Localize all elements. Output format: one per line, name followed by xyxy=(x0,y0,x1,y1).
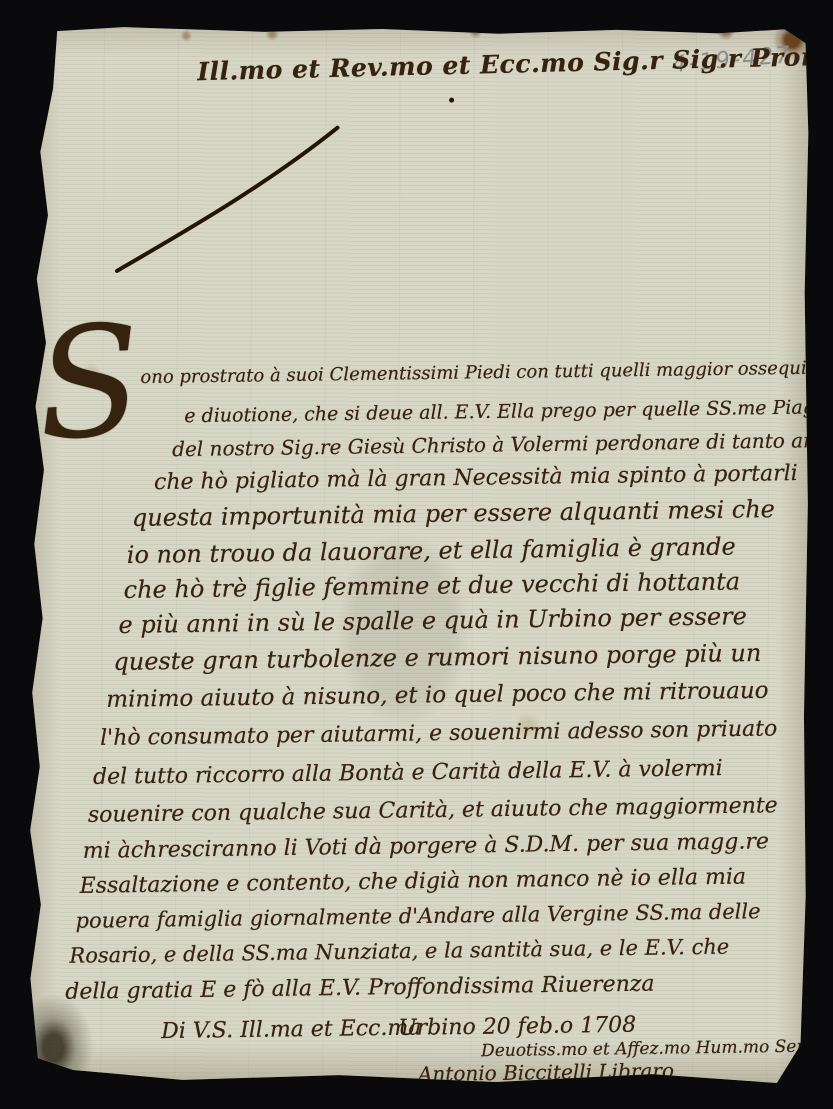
body-line: queste gran turbolenze e rumori nisuno p… xyxy=(113,641,761,674)
body-line: e diuotione, che si deue all. E.V. Ella … xyxy=(184,398,833,426)
body-line: Rosario, e della SS.ma Nunziata, e la sa… xyxy=(69,937,729,967)
body-line: mi àchresciranno li Voti dà porgere à S.… xyxy=(83,831,769,863)
signature: Antonio Biccitelli Libraro xyxy=(418,1060,674,1084)
scan-background: 4-19-427 Ill.mo et Rev.mo et Ecc.mo Sig.… xyxy=(0,0,833,1109)
salutation: Ill.mo et Rev.mo et Ecc.mo Sig.r Sig.r P… xyxy=(197,40,833,84)
decorative-initial: S xyxy=(32,304,146,463)
ink-dot xyxy=(449,98,454,103)
body-line: io non trouo da lauorare, et ella famigl… xyxy=(127,534,736,567)
closing-valediction: Deuotiss.mo et Affez.mo Hum.mo Seruitor xyxy=(481,1038,833,1060)
body-line: questa importunità mia per essere alquan… xyxy=(132,497,775,530)
body-line: del nostro Sig.re Giesù Christo à Volerm… xyxy=(172,430,833,460)
body-line: pouera famiglia giornalmente d'Andare al… xyxy=(75,901,760,932)
body-line: l'hò consumato per aiutarmi, e souenirmi… xyxy=(100,718,777,749)
closing-dateline: Urbino 20 feb.o 1708 xyxy=(398,1015,636,1040)
body-line: ono prostrato à suoi Clementissimi Piedi… xyxy=(140,360,817,387)
letter-page: 4-19-427 Ill.mo et Rev.mo et Ecc.mo Sig.… xyxy=(26,25,812,1088)
body-line: della gratia E e fò alla E.V. Proffondis… xyxy=(65,974,655,1004)
body-line: del tutto riccorro alla Bontà e Carità d… xyxy=(93,758,723,789)
body-line: che hò trè figlie femmine et due vecchi … xyxy=(124,569,741,602)
body-line: e più anni in sù le spalle e quà in Urbi… xyxy=(118,604,747,637)
body-line: souenire con qualche sua Carità, et aiuu… xyxy=(88,795,778,827)
closing-address: Di V.S. Ill.ma et Ecc.ma xyxy=(161,1017,422,1043)
pen-flourish xyxy=(117,127,338,272)
body-line: minimo aiuuto à nisuno, et io quel poco … xyxy=(106,680,769,712)
body-line: che hò pigliato mà là gran Necessità mia… xyxy=(154,463,798,494)
body-line: Essaltazione e contento, che digià non m… xyxy=(79,867,746,898)
